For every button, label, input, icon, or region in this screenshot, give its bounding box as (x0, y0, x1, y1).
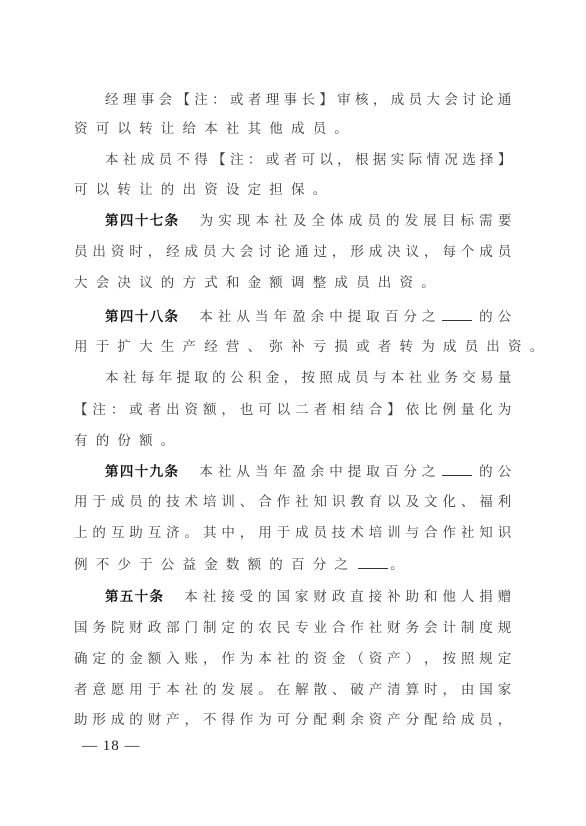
text-line: 有的份额。 (74, 431, 511, 451)
text-line: 可以转让的出资设定担保。 (74, 180, 511, 200)
paragraph-text: 国 务 院 财 政 部 门 制 定 的 农 民 专 业 合 作 社 财 务 会 … (74, 620, 511, 638)
text-line: 本 社 成 员 不 得 【 注 ： 或 者 可 以 ， 根 据 实 际 情 况 … (105, 150, 511, 170)
page-number: — 18 — (82, 738, 141, 755)
text-line: 员 出 资 时 ， 经 成 员 大 会 讨 论 通 过 ， 形 成 决 议 ， … (74, 242, 511, 262)
paragraph-text: 员 出 资 时 ， 经 成 员 大 会 讨 论 通 过 ， 形 成 决 议 ， … (74, 244, 511, 262)
paragraph-text: 。 (390, 557, 412, 573)
paragraph-text: 可以转让的出资设定担保。 (74, 182, 334, 198)
paragraph-text: 经 理 事 会 【 注 ： 或 者 理 事 长 】 审 核 ， 成 员 大 会 … (105, 92, 511, 110)
article-heading: 第四十九条 (105, 464, 179, 480)
text-line: 助 形 成 的 财 产 ， 不 得 作 为 可 分 配 剩 余 资 产 分 配 … (74, 710, 511, 730)
text-line: 资可以转让给本社其他成员。 (74, 119, 511, 139)
paragraph-text: 大会决议的方式和金额调整成员出资。 (74, 275, 443, 291)
article-heading: 第四十八条 (105, 309, 179, 325)
paragraph-text: 本 社 从 当 年 盈 余 中 提 取 百 分 之 (199, 464, 435, 480)
fill-in-blank[interactable] (358, 554, 388, 569)
text-line: 确 定 的 金 额 入 账 ， 作 为 本 社 的 资 金 （ 资 产 ） ， … (74, 649, 511, 669)
article-50-line: 第五十条本 社 接 受 的 国 家 财 政 直 接 补 助 和 他 人 捐 赠 … (105, 587, 511, 607)
article-49-line: 第四十九条本 社 从 当 年 盈 余 中 提 取 百 分 之 的 公 益 金 ， (105, 461, 511, 481)
text-line: 用于扩大生产经营、弥补亏损或者转为成员出资。 (74, 337, 511, 357)
paragraph-text: 本 社 接 受 的 国 家 财 政 直 接 补 助 和 他 人 捐 赠 ， 均 … (105, 589, 511, 607)
text-line: 经 理 事 会 【 注 ： 或 者 理 事 长 】 审 核 ， 成 员 大 会 … (105, 90, 511, 110)
text-line: 用 于 成 员 的 技 术 培 训 、 合 作 社 知 识 教 育 以 及 文 … (74, 492, 511, 512)
text-line: 例不少于公益金数额的百分之。 (74, 554, 511, 574)
paragraph-text: 本 社 成 员 不 得 【 注 ： 或 者 可 以 ， 根 据 实 际 情 况 … (105, 152, 511, 170)
article-47-line: 第四十七条为 实 现 本 社 及 全 体 成 员 的 发 展 目 标 需 要 调… (105, 211, 511, 231)
text-line: 大会决议的方式和金额调整成员出资。 (74, 273, 511, 293)
paragraph-text: 上 的 互 助 互 济 。 其 中 ， 用 于 成 员 技 术 培 训 与 合 … (74, 525, 511, 543)
text-line: 【 注 ： 或 者 出 资 额 ， 也 可 以 二 者 相 结 合 】 依 比 … (74, 400, 511, 420)
paragraph-text: 用于扩大生产经营、弥补亏损或者转为成员出资。 (74, 339, 551, 355)
text-line: 者 意 愿 用 于 本 社 的 发 展 。 在 解 散 、 破 产 清 算 时 … (74, 680, 511, 700)
paragraph-text: 本 社 从 当 年 盈 余 中 提 取 百 分 之 (199, 309, 435, 325)
paragraph-text: 有的份额。 (74, 433, 183, 449)
paragraph-text: 确 定 的 金 额 入 账 ， 作 为 本 社 的 资 金 （ 资 产 ） ， … (74, 651, 511, 669)
paragraph-text: 【 注 ： 或 者 出 资 额 ， 也 可 以 二 者 相 结 合 】 依 比 … (74, 402, 511, 420)
fill-in-blank[interactable] (442, 306, 472, 321)
paragraph-text: 者 意 愿 用 于 本 社 的 发 展 。 在 解 散 、 破 产 清 算 时 … (74, 682, 511, 700)
paragraph-text: 例不少于公益金数额的百分之 (74, 557, 356, 573)
article-heading: 第五十条 (105, 589, 164, 605)
paragraph-text: 助 形 成 的 财 产 ， 不 得 作 为 可 分 配 剩 余 资 产 分 配 … (74, 712, 511, 730)
paragraph-text: 用 于 成 员 的 技 术 培 训 、 合 作 社 知 识 教 育 以 及 文 … (74, 494, 511, 512)
text-line: 国 务 院 财 政 部 门 制 定 的 农 民 专 业 合 作 社 财 务 会 … (74, 618, 511, 638)
paragraph-text: 资可以转让给本社其他成员。 (74, 121, 356, 137)
text-line: 本 社 每 年 提 取 的 公 积 金 ， 按 照 成 员 与 本 社 业 务 … (105, 368, 511, 388)
article-heading: 第四十七条 (105, 213, 180, 229)
paragraph-text: 本 社 每 年 提 取 的 公 积 金 ， 按 照 成 员 与 本 社 业 务 … (105, 370, 511, 388)
fill-in-blank[interactable] (442, 461, 472, 476)
document-page: 经 理 事 会 【 注 ： 或 者 理 事 长 】 审 核 ， 成 员 大 会 … (0, 0, 586, 826)
text-line: 上 的 互 助 互 济 。 其 中 ， 用 于 成 员 技 术 培 训 与 合 … (74, 523, 511, 543)
article-48-line: 第四十八条本 社 从 当 年 盈 余 中 提 取 百 分 之 的 公 积 金 ， (105, 306, 511, 326)
